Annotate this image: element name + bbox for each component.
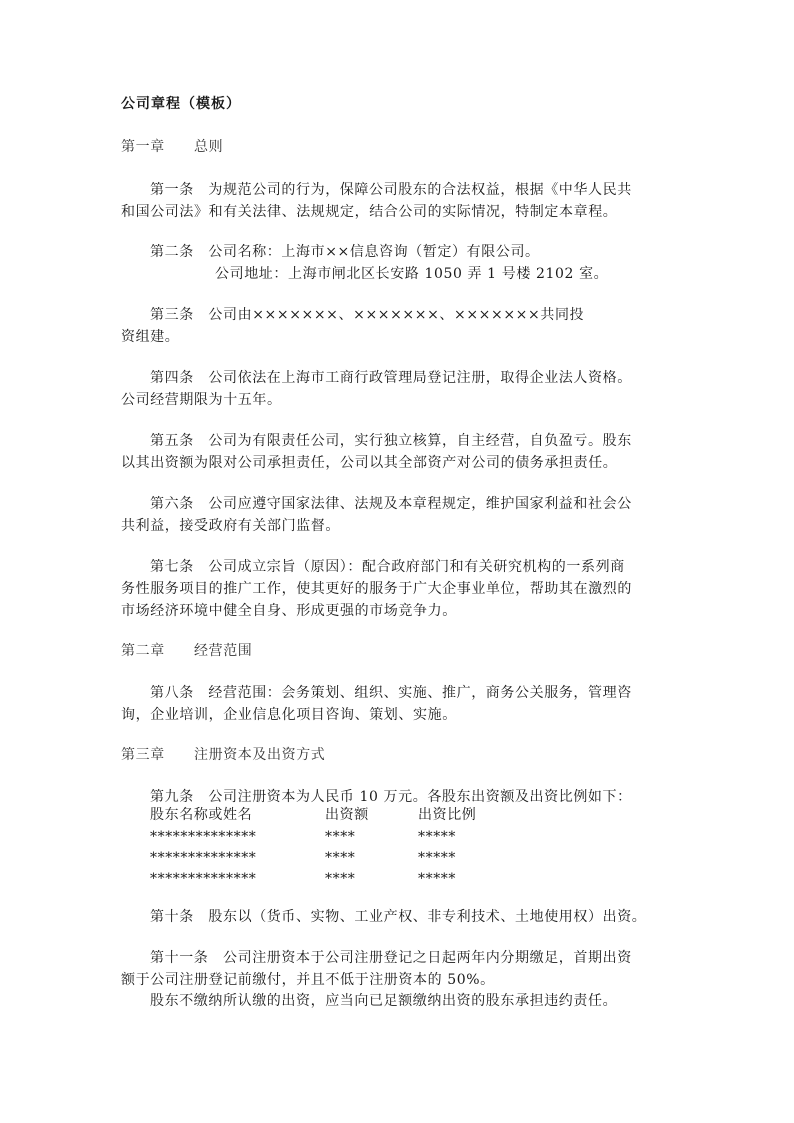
table-header-name: 股东名称或姓名 [150, 805, 252, 825]
table-row-1-amount: **** [325, 827, 355, 847]
table-row-2-ratio: ***** [418, 848, 456, 868]
article-6-line-1: 第六条 公司应遵守国家法律、法规及本章程规定，维护国家利益和社会公 [150, 494, 632, 514]
table-row-1-name: ************** [150, 827, 256, 847]
table-row-3-name: ************** [150, 869, 256, 889]
article-7-line-3: 市场经济环境中健全自身、形成更强的市场竞争力。 [121, 601, 457, 621]
table-header-amount: 出资额 [325, 805, 369, 825]
article-2-line-2: 公司地址：上海市闸北区长安路 1050 弄 1 号楼 2102 室。 [215, 264, 608, 284]
table-row-2-name: ************** [150, 848, 256, 868]
table-row-1-ratio: ***** [418, 827, 456, 847]
article-8-line-1: 第八条 经营范围：会务策划、组织、实施、推广，商务公关服务，管理咨 [150, 683, 632, 703]
chapter-3-heading: 第三章 注册资本及出资方式 [121, 745, 325, 765]
table-row-3-ratio: ***** [418, 869, 456, 889]
article-1-line-1: 第一条 为规范公司的行为，保障公司股东的合法权益，根据《中华人民共 [150, 180, 632, 200]
article-11-line-3: 股东不缴纳所认缴的出资，应当向已足额缴纳出资的股东承担违约责任。 [150, 991, 617, 1011]
article-4-line-2: 公司经营期限为十五年。 [121, 390, 282, 410]
article-7-line-1: 第七条 公司成立宗旨（原因）：配合政府部门和有关研究机构的一系列商 [150, 557, 625, 577]
article-5-line-1: 第五条 公司为有限责任公司，实行独立核算，自主经营，自负盈亏。股东 [150, 431, 632, 451]
chapter-1-heading: 第一章 总则 [121, 137, 223, 157]
article-9-line-1: 第九条 公司注册资本为人民币 10 万元。各股东出资额及出资比例如下： [150, 787, 632, 807]
article-6-line-2: 共利益，接受政府有关部门监督。 [121, 516, 340, 536]
article-11-line-2: 额于公司注册登记前缴付，并且不低于注册资本的 50%。 [121, 970, 495, 990]
table-row-2-amount: **** [325, 848, 355, 868]
article-8-line-2: 询，企业培训，企业信息化项目咨询、策划、实施。 [121, 705, 457, 725]
article-3-line-2: 资组建。 [121, 327, 179, 347]
article-7-line-2: 务性服务项目的推广工作，使其更好的服务于广大企事业单位，帮助其在激烈的 [121, 579, 632, 599]
table-row-3-amount: **** [325, 869, 355, 889]
table-header-ratio: 出资比例 [418, 805, 476, 825]
document-title: 公司章程（模板） [121, 94, 241, 114]
article-4-line-1: 第四条 公司依法在上海市工商行政管理局登记注册，取得企业法人资格。 [150, 368, 632, 388]
article-11-line-1: 第十一条 公司注册资本于公司注册登记之日起两年内分期缴足，首期出资 [150, 948, 632, 968]
article-3-line-1: 第三条 公司由×××××××、×××××××、×××××××共同投 [150, 305, 584, 325]
article-5-line-2: 以其出资额为限对公司承担责任，公司以其全部资产对公司的债务承担责任。 [121, 453, 617, 473]
article-10-line-1: 第十条 股东以（货币、实物、工业产权、非专利技术、土地使用权）出资。 [150, 907, 646, 927]
article-1-line-2: 和国公司法》和有关法律、法规规定，结合公司的实际情况，特制定本章程。 [121, 202, 617, 222]
article-2-line-1: 第二条 公司名称：上海市××信息咨询（暂定）有限公司。 [150, 242, 540, 262]
chapter-2-heading: 第二章 经营范围 [121, 641, 252, 661]
